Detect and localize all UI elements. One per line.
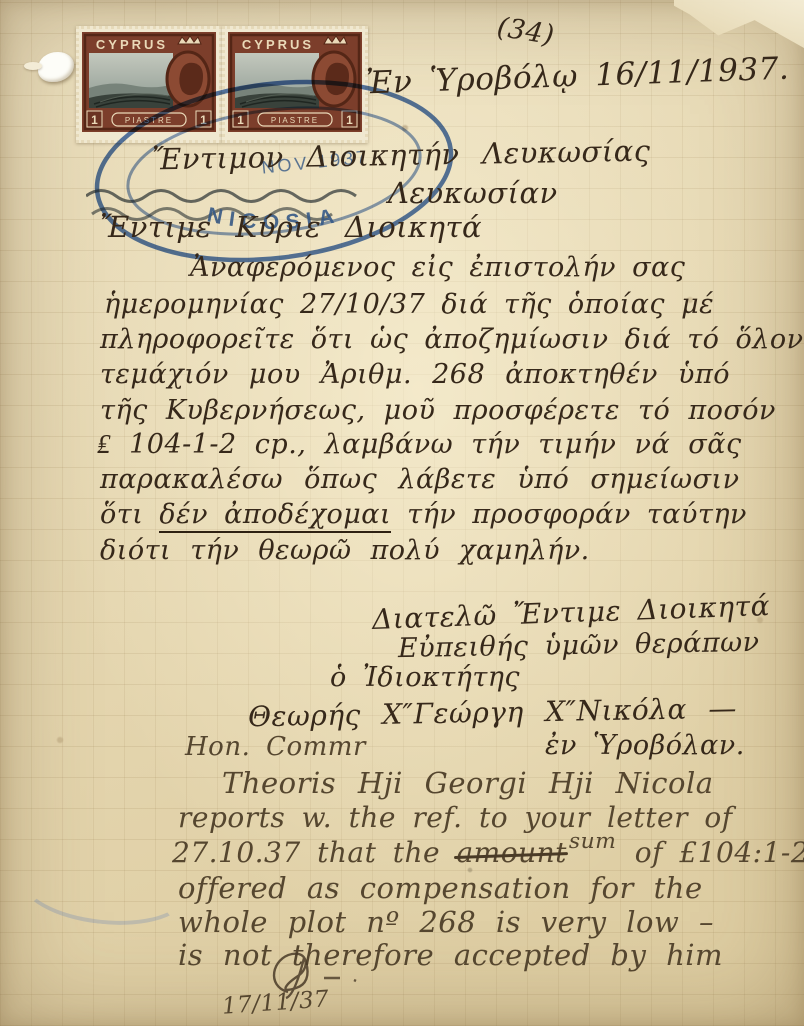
minute-line: 27.10.37 that the amountsum of £104:1-2 [172, 836, 804, 869]
body-line: τεμάχιόν μου Ἀριθμ. 268 ἀποκτηθέν ὑπό [100, 359, 730, 390]
minute-heading: Hon. Commr [185, 732, 366, 762]
punch-hole [38, 52, 74, 82]
corner-number: (34) [495, 12, 557, 52]
body-line: τῆς Κυβερνήσεως, μοῦ προσφέρετε τό ποσόν [100, 395, 776, 426]
dateline: Ἐν Ὑροβόλῳ 16/11/1937. [366, 51, 790, 102]
salutation: Ἔντιμε Κύριε Διοικητά [100, 210, 482, 244]
body-line8-pre: ὅτι [100, 499, 159, 530]
struck-word: amount [456, 836, 566, 869]
recipient-line: Λευκωσίαν [388, 176, 558, 210]
minute-line: offered as compensation for the [178, 871, 703, 905]
minute-line: whole plot nº 268 is very low – [178, 905, 714, 939]
crown-icon [324, 36, 347, 44]
body-line: παρακαλέσω ὅπως λάβετε ὑπό σημείωσιν [100, 464, 740, 495]
stamp-country-label: CYPRUS [242, 37, 314, 52]
place-note: ἐν Ὑροβόλαν. [545, 730, 745, 761]
torn-corner [674, 0, 804, 48]
body-line8-underlined: δέν ἀποδέχομαι [159, 499, 391, 533]
recipient-line: Ἔντιμον Διοικητήν Λευκωσίας [152, 134, 651, 177]
body-line: Ἀναφερόμενος εἰς ἐπιστολήν σας [190, 252, 685, 283]
cancel-wavy-line [86, 191, 356, 202]
closing-line: ὁ Ἰδιοκτήτης [330, 662, 520, 693]
signature-line: Θεωρής Χ″Γεώργη Χ″Νικόλα — [248, 692, 737, 734]
body-line8-post: τήν προσφοράν ταύτην [391, 499, 747, 530]
closing-line: Εὐπειθής ὑμῶν θεράπων [398, 627, 760, 664]
minute-line3-post: of £104:1-2 [618, 836, 804, 869]
minute-date: 17/11/37 [221, 986, 330, 1019]
letter-page: CYPRUS 1 1 PIASTRE [0, 0, 804, 1026]
minute-line: Theoris Hji Georgi Hji Nicola [222, 766, 714, 800]
minute-line: reports w. the ref. to your letter of [178, 801, 733, 834]
stamp-country-label: CYPRUS [96, 37, 168, 52]
body-line: ὅτι δέν ἀποδέχομαι τήν προσφοράν ταύτην [100, 499, 747, 530]
body-line: πληροφορεῖτε ὅτι ὡς ἀποζημίωσιν διά τό ὅ… [100, 324, 804, 355]
body-line: ἡμερομηνίας 27/10/37 διά τῆς ὁποίας μέ [104, 289, 714, 320]
crown-icon [178, 36, 201, 44]
minute-line3-pre: 27.10.37 that the [172, 836, 456, 869]
body-line: ₤ 104-1-2 cp., λαμβάνω τήν τιμήν νά σᾶς [97, 429, 742, 460]
inserted-word: sum [569, 829, 616, 854]
body-line: διότι τήν θεωρῶ πολύ χαμηλήν. [100, 535, 590, 566]
faint-ink-offset-mark [17, 841, 192, 932]
